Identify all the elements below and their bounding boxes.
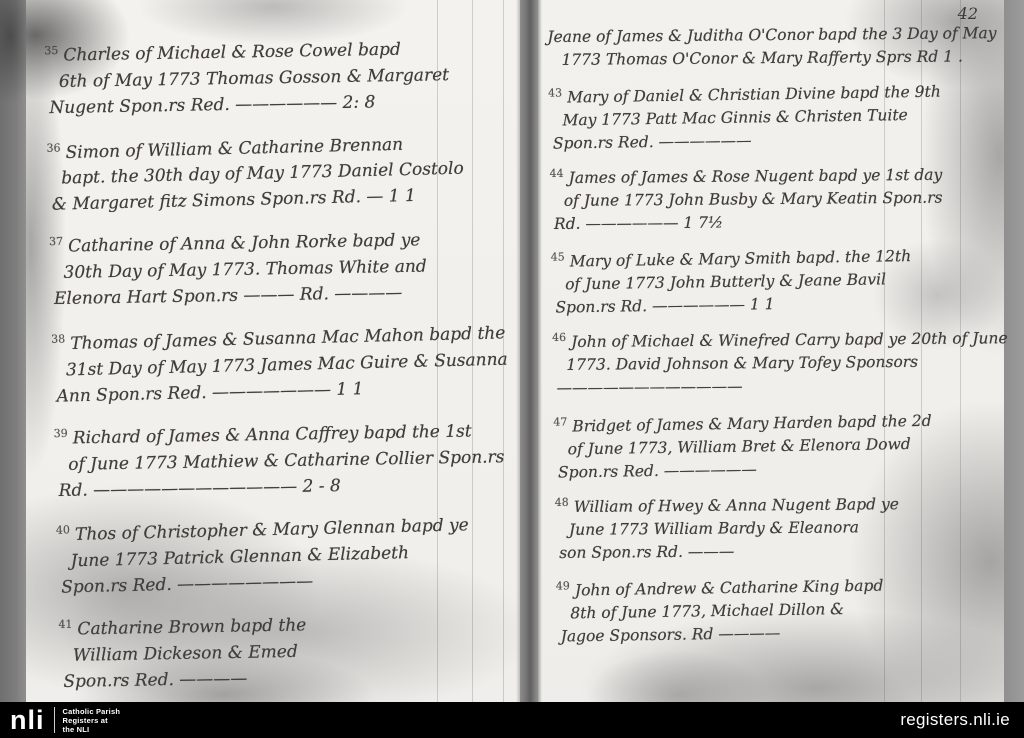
- register-entry: 38Thomas of James & Susanna Mac Mahon ba…: [51, 315, 523, 409]
- register-entry: 36Simon of William & Catharine Brennanba…: [46, 124, 518, 218]
- entry-number: 47: [553, 415, 567, 428]
- entry-line: Rd. —————— 1 7½: [554, 209, 1010, 236]
- register-entry: 48William of Hwey & Anna Nugent Bapd yeJ…: [555, 487, 1016, 565]
- entry-number: 36: [46, 141, 60, 154]
- footer-tagline: Catholic Parish Registers at the NLI: [63, 707, 121, 734]
- entry-number: 41: [58, 618, 72, 631]
- footer-bar: nli Catholic Parish Registers at the NLI…: [0, 702, 1024, 738]
- register-entry: 35Charles of Michael & Rose Cowel bapd6t…: [44, 30, 515, 121]
- entry-number: 48: [555, 496, 569, 509]
- footer-tagline-line: the NLI: [63, 725, 90, 734]
- entry-number: 38: [51, 332, 65, 345]
- entry-line: 1773 Thomas O'Conor & Mary Rafferty Sprs…: [561, 45, 1007, 72]
- register-entry: 41Catharine Brown bapd theWilliam Dickes…: [58, 604, 529, 695]
- scan-left-edge: [0, 0, 26, 702]
- footer-branding: nli Catholic Parish Registers at the NLI: [0, 707, 120, 734]
- right-page-entries: Jeane of James & Juditha O'Conor bapd th…: [547, 20, 1017, 656]
- entry-number: 35: [44, 44, 58, 57]
- footer-tagline-line: Catholic Parish: [63, 707, 121, 716]
- entry-line: 46John of Michael & Winefred Carry bapd …: [552, 322, 1012, 354]
- register-entry: 44James of James & Rose Nugent bapd ye 1…: [549, 158, 1010, 236]
- register-viewer-page: 35Charles of Michael & Rose Cowel bapd6t…: [0, 0, 1024, 738]
- register-entry: 46John of Michael & Winefred Carry bapd …: [552, 322, 1013, 400]
- register-entry: 37Catharine of Anna & John Rorke bapd ye…: [49, 221, 520, 312]
- right-page-folio-number: 42: [958, 4, 978, 23]
- entry-number: 37: [49, 235, 63, 248]
- nli-logo: nli: [10, 707, 45, 734]
- left-page-entries: 35Charles of Michael & Rose Cowel bapd6t…: [44, 28, 530, 709]
- entry-number: 46: [552, 331, 566, 344]
- entry-number: 39: [54, 426, 68, 439]
- entry-number: 49: [556, 579, 570, 592]
- footer-tagline-line: Registers at: [63, 716, 108, 725]
- entry-number: 45: [551, 251, 565, 264]
- entry-number: 40: [56, 524, 70, 537]
- entry-number: 44: [550, 167, 564, 180]
- footer-site-url: registers.nli.ie: [900, 710, 1024, 730]
- entry-line: son Spon.rs Rd. ———: [559, 538, 1015, 565]
- register-entry: Jeane of James & Juditha O'Conor bapd th…: [547, 22, 1007, 72]
- entry-line: 48William of Hwey & Anna Nugent Bapd ye: [555, 487, 1015, 519]
- register-entry: 40Thos of Christopher & Mary Glennan bap…: [56, 506, 528, 600]
- entry-line: 44James of James & Rose Nugent bapd ye 1…: [549, 158, 1009, 190]
- register-entry: 39Richard of James & Anna Caffrey bapd t…: [53, 413, 524, 504]
- footer-divider: [54, 707, 55, 733]
- register-entry: 49John of Andrew & Catharine King bapd8t…: [556, 567, 1017, 648]
- register-entry: 43Mary of Daniel & Christian Divine bapd…: [548, 74, 1009, 155]
- entry-number: 43: [548, 86, 562, 99]
- register-entry: 45Mary of Luke & Mary Smith bapd. the 12…: [551, 239, 1012, 320]
- entry-line: ————————————: [556, 374, 1012, 401]
- register-scan-image: 35Charles of Michael & Rose Cowel bapd6t…: [0, 0, 1024, 702]
- register-entry: 47Bridget of James & Mary Harden bapd th…: [553, 403, 1014, 484]
